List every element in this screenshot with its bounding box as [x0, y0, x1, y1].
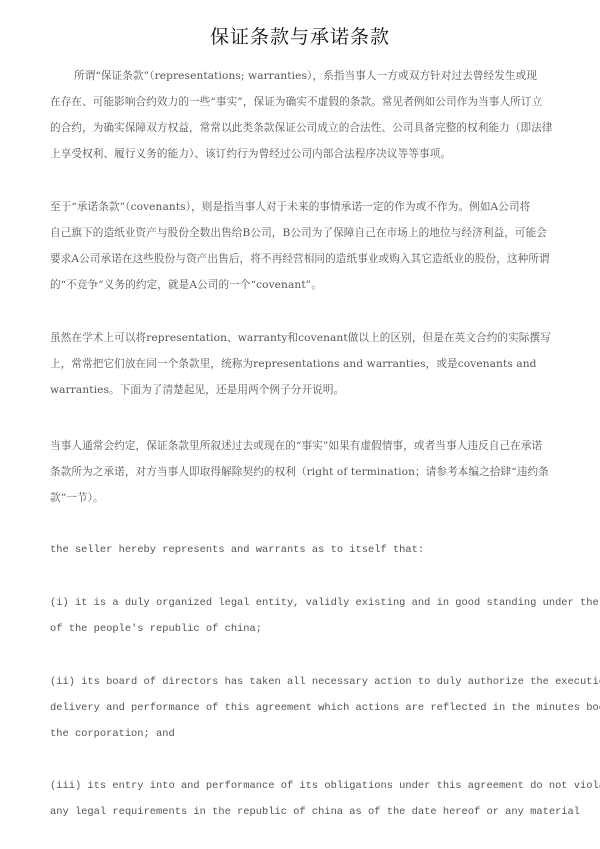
text-line: 的合约，为确实保障双方权益，常常以此类条款保证公司成立的合法性、公司具备完整的权… [50, 121, 560, 135]
text-line: (iii) its entry into and performance of … [50, 779, 560, 793]
text-line: any legal requirements in the republic o… [50, 805, 560, 819]
text-line: warranties。下面为了清楚起见，还是用两个例子分开说明。 [50, 383, 560, 397]
text-line: 至于“承诺条款”（covenants），则是指当事人对于未来的事情承诺一定的作为… [50, 200, 560, 214]
text-line: the seller hereby represents and warrant… [50, 543, 560, 557]
text-line: 条款所为之承诺，对方当事人即取得解除契约的权利（right of termina… [50, 465, 560, 479]
text-line: 当事人通常会约定，保证条款里所叙述过去或现在的“事实”如果有虚假情事，或者当事人… [50, 439, 560, 453]
text-line: 款”一节）。 [50, 491, 560, 505]
text-line: 所谓“保证条款”（representations; warranties），系指… [74, 69, 584, 83]
document-title: 保证条款与承诺条款 [0, 22, 600, 49]
text-line: 上，常常把它们放在同一个条款里，统称为representations and w… [50, 357, 560, 371]
text-line: 自己旗下的造纸业资产与股份全数出售给B公司，B公司为了保障自己在市场上的地位与经… [50, 226, 560, 240]
text-line: 要求A公司承诺在这些股份与资产出售后，将不再经营相同的造纸事业或购入其它造纸业的… [50, 252, 560, 266]
text-line: 的“不竞争”义务的约定，就是A公司的一个“covenant”。 [50, 278, 560, 292]
text-line: of the people's republic of china; [50, 622, 560, 636]
text-line: the corporation; and [50, 727, 560, 741]
text-line: (ii) its board of directors has taken al… [50, 675, 560, 689]
text-line: 上享受权利、履行义务的能力）、该订约行为曾经过公司内部合法程序决议等等事项。 [50, 147, 560, 161]
text-line: (i) it is a duly organized legal entity,… [50, 596, 560, 610]
document-page: 保证条款与承诺条款 所谓“保证条款”（representations; warr… [0, 0, 600, 849]
text-line: delivery and performance of this agreeme… [50, 701, 560, 715]
text-line: 虽然在学术上可以将representation、warranty和covenan… [50, 331, 560, 345]
text-line: 在存在、可能影响合约效力的一些“事实”，保证为确实不虚假的条款。常见者例如公司作… [50, 95, 560, 109]
